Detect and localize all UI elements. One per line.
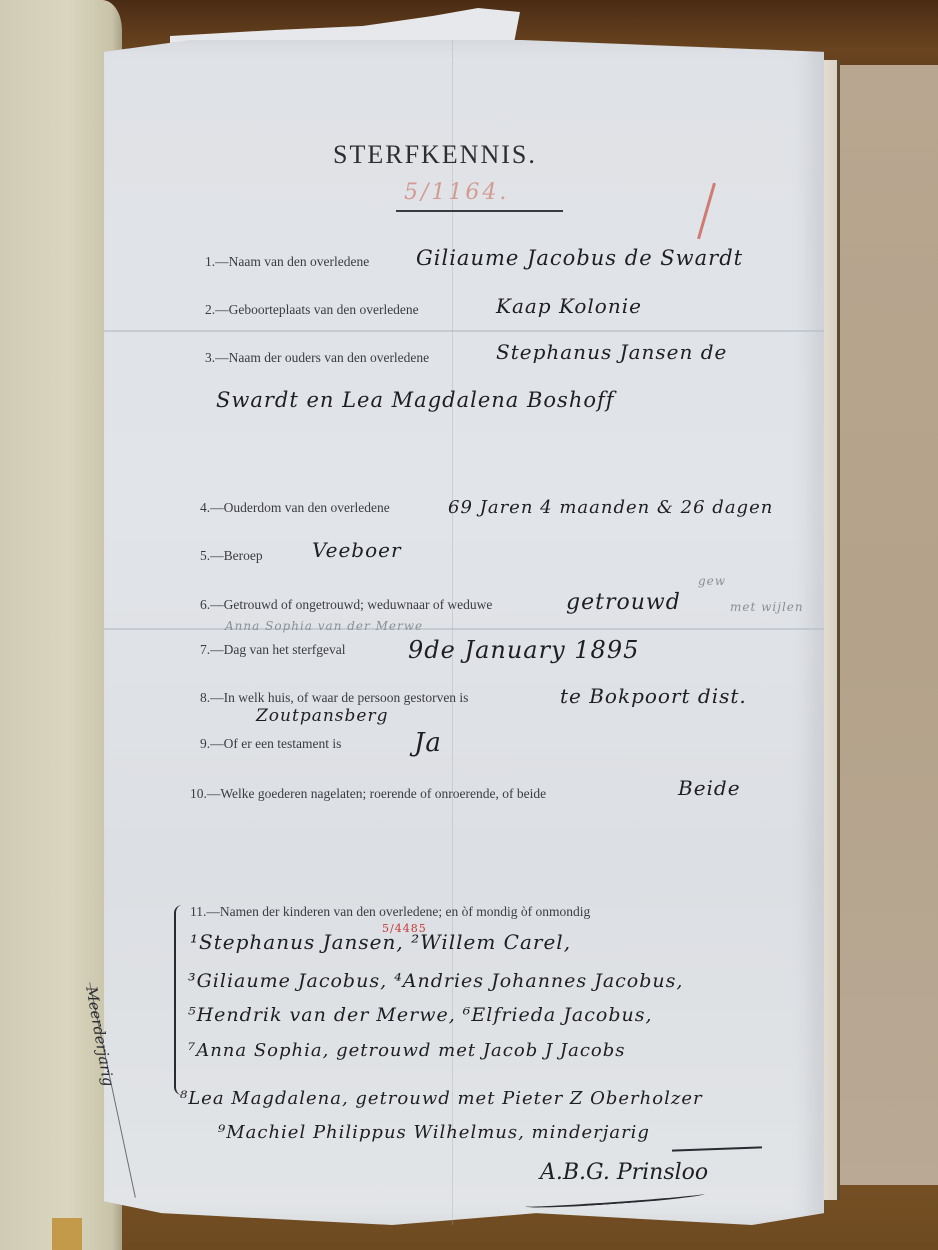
children-line-6: ⁹Machiel Philippus Wilhelmus, minderjari… — [218, 1122, 650, 1143]
field-5-value: Veeboer — [312, 538, 402, 562]
field-1-label: 1.—Naam van den overledene — [205, 254, 369, 270]
children-line-1: ¹Stephanus Jansen, ²Willem Carel, — [190, 930, 571, 954]
binding-tab — [52, 1218, 82, 1250]
field-6-annotation-below: Anna Sophia van der Merwe — [225, 619, 423, 633]
field-11-label: 11.—Namen der kinderen van den overleden… — [190, 904, 590, 920]
children-bracket — [174, 905, 184, 1095]
field-3-label: 3.—Naam der ouders van den overledene — [205, 350, 429, 366]
field-6-value: getrouwd — [566, 590, 681, 615]
field-7-value: 9de January 1895 — [408, 636, 639, 664]
field-2-value: Kaap Kolonie — [496, 294, 642, 318]
children-line-4: ⁷Anna Sophia, getrouwd met Jacob J Jacob… — [188, 1040, 626, 1061]
field-6-annotation-above: gew — [698, 574, 726, 588]
field-6-annotation-after: met wijlen — [730, 600, 804, 614]
children-line-3: ⁵Hendrik van der Merwe, ⁶Elfrieda Jacobu… — [188, 1004, 653, 1026]
field-3-value-line1: Stephanus Jansen de — [496, 340, 727, 364]
fold-crease — [104, 628, 824, 630]
field-1-value: Giliaume Jacobus de Swardt — [416, 246, 743, 270]
field-5-label: 5.—Beroep — [200, 548, 263, 564]
field-10-label: 10.—Welke goederen nagelaten; roerende o… — [190, 786, 546, 802]
field-4-value: 69 Jaren 4 maanden & 26 dagen — [448, 497, 773, 518]
field-8-value-line1: te Bokpoort dist. — [560, 684, 747, 708]
field-8-label: 8.—In welk huis, of waar de persoon gest… — [200, 690, 468, 706]
field-2-label: 2.—Geboorteplaats van den overledene — [205, 302, 419, 318]
title-underline — [396, 210, 563, 212]
children-line-5: ⁸Lea Magdalena, getrouwd met Pieter Z Ob… — [180, 1088, 703, 1109]
reference-number: 5/1164. — [404, 180, 509, 205]
fold-crease — [104, 330, 824, 332]
cardboard-backing — [830, 65, 938, 1185]
field-7-label: 7.—Dag van het sterfgeval — [200, 642, 345, 658]
field-9-value: Ja — [414, 728, 442, 758]
field-4-label: 4.—Ouderdom van den overledene — [200, 500, 390, 516]
registrar-signature: A.B.G. Prinsloo — [540, 1160, 708, 1185]
field-8-value-line2: Zoutpansberg — [256, 706, 388, 726]
field-9-label: 9.—Of er een testament is — [200, 736, 341, 752]
field-6-label: 6.—Getrouwd of ongetrouwd; weduwnaar of … — [200, 597, 492, 613]
children-line-2: ³Giliaume Jacobus, ⁴Andries Johannes Jac… — [188, 970, 683, 992]
field-10-value: Beide — [678, 776, 741, 800]
field-3-value-line2: Swardt en Lea Magdalena Boshoff — [216, 388, 615, 412]
document-title: STERFKENNIS. — [333, 140, 537, 170]
